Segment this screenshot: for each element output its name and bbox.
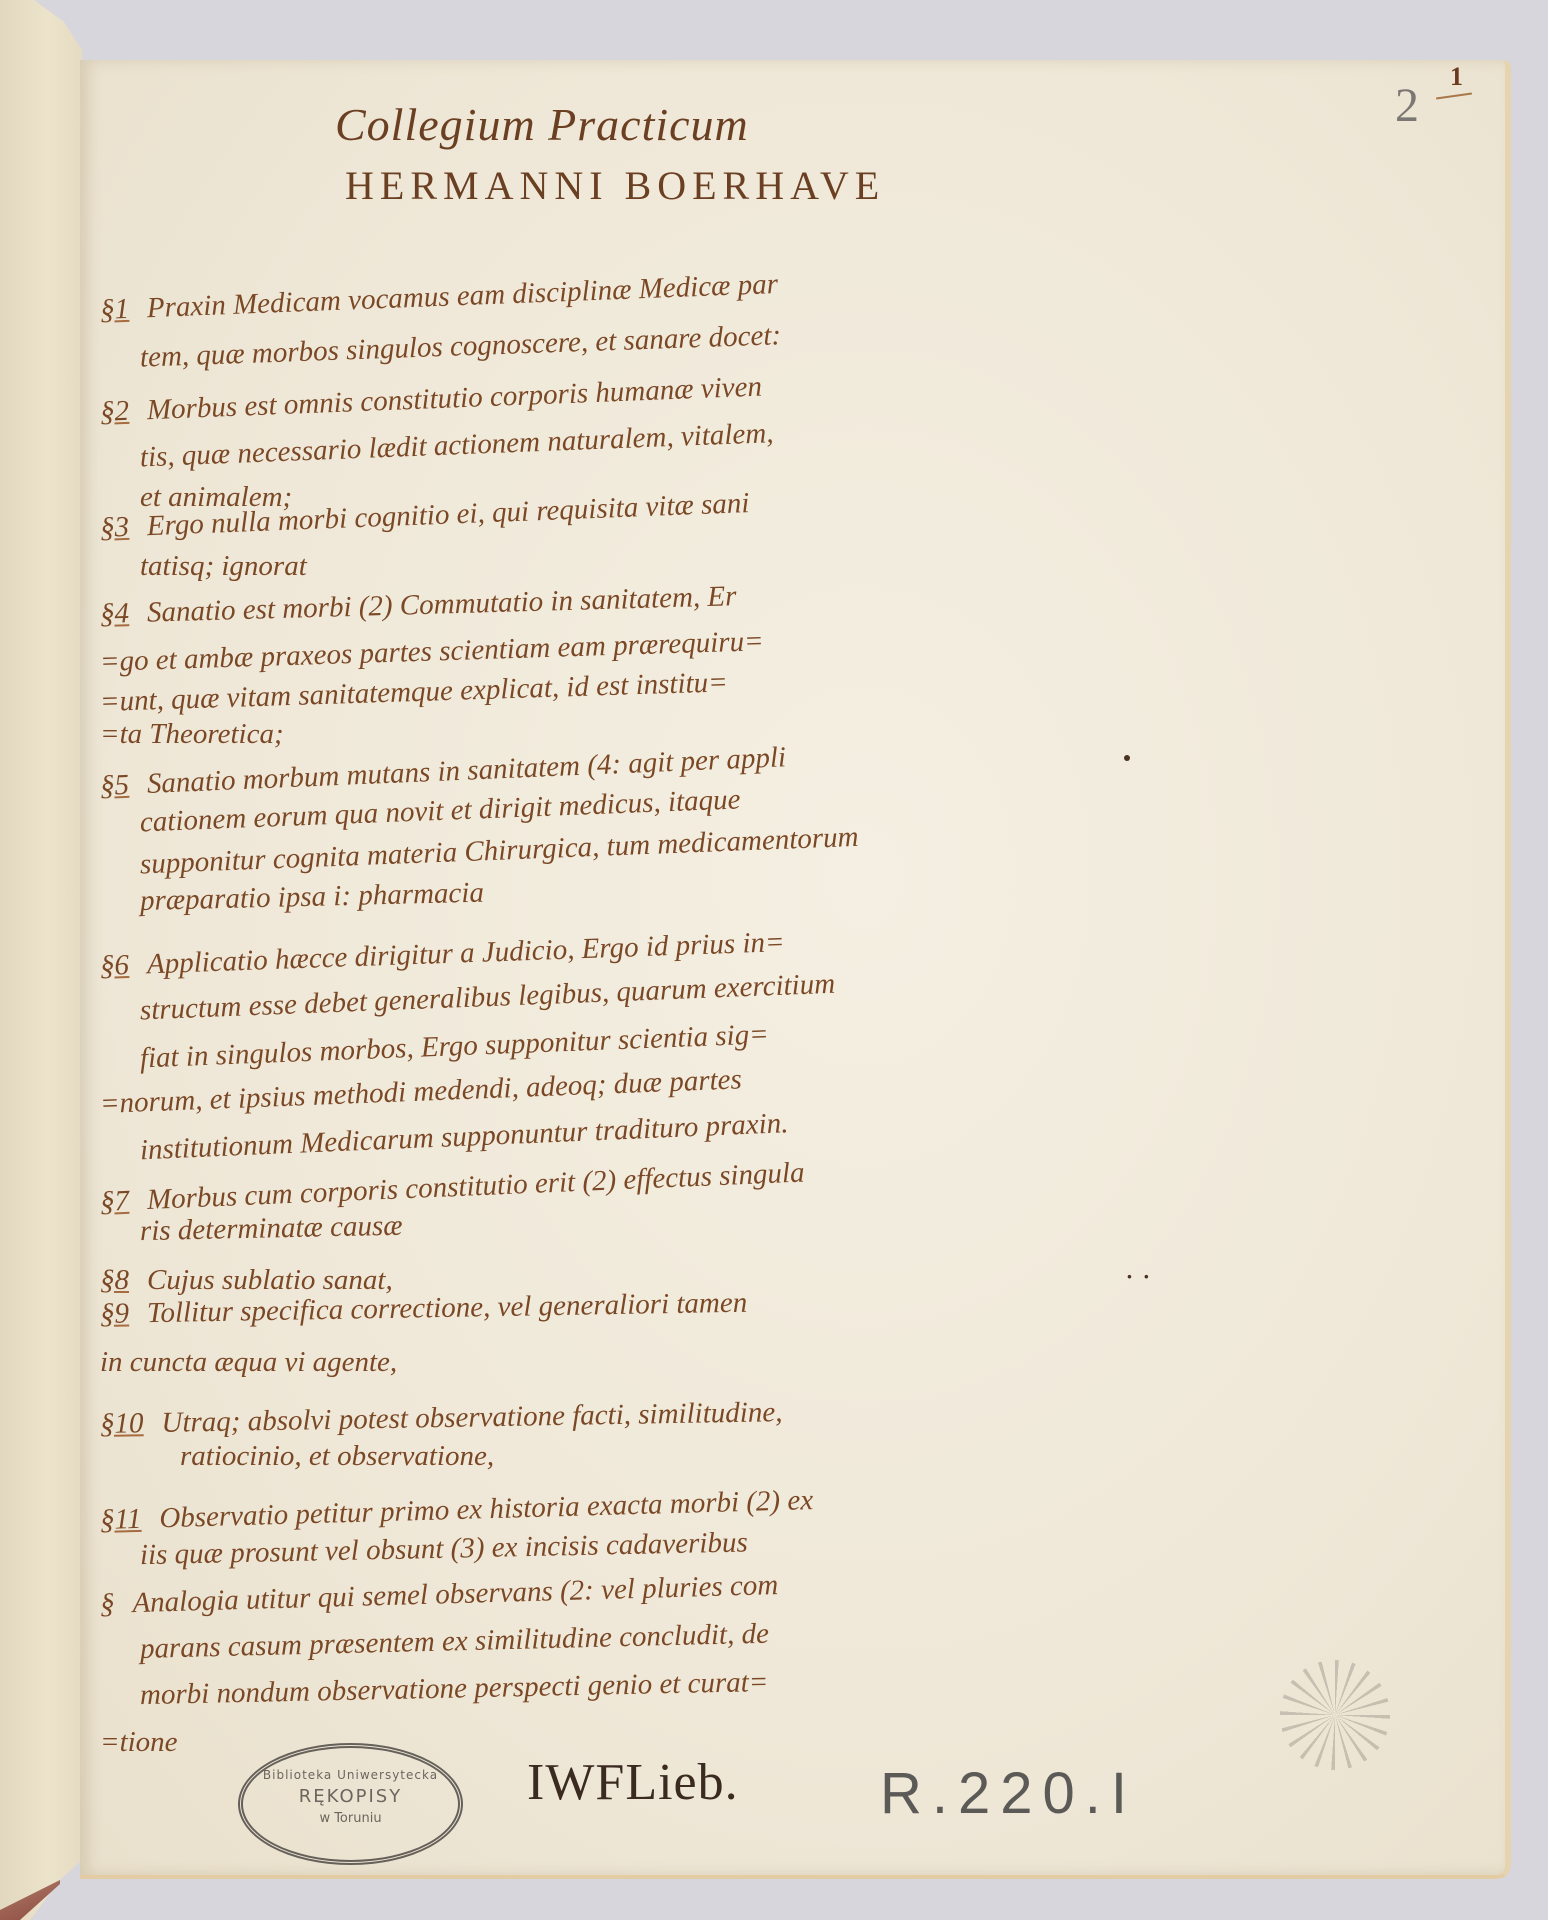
- text-line: tatisq; ignorat: [140, 550, 307, 582]
- ink-dot: [1124, 755, 1130, 761]
- paragraph-number: §7: [99, 1187, 129, 1217]
- paragraph-3-line-2: tatisq; ignorat: [100, 552, 307, 581]
- paragraph-9-line-2: in cuncta æqua vi agente,: [100, 1348, 397, 1377]
- text-line: =ta Theoretica;: [100, 718, 284, 750]
- margin-mark: §: [100, 1590, 115, 1619]
- text-line: Cujus sublatio sanat,: [147, 1264, 393, 1296]
- paragraph-number: §4: [100, 599, 130, 629]
- stamp-line-1: Biblioteka Uniwersytecka: [243, 1768, 458, 1782]
- paragraph-10-line-2: ratiocinio, et observatione,: [100, 1442, 494, 1471]
- folio-ink-number: 1: [1450, 62, 1463, 92]
- paragraph-number: §5: [99, 771, 129, 801]
- title-line-2: HERMANNI BOERHAVE: [345, 162, 885, 209]
- paragraph-7-line-2: ris determinatæ causæ: [100, 1212, 403, 1247]
- paragraph-number: §1: [99, 295, 129, 325]
- folio-pencil-number: 2: [1395, 78, 1419, 133]
- text-line: =tione: [100, 1726, 178, 1758]
- paragraph-8-line-1: §8Cujus sublatio sanat,: [100, 1266, 393, 1295]
- margin-dots: ..: [1125, 1252, 1159, 1285]
- paragraph-number: §10: [100, 1409, 144, 1439]
- shelfmark: R.220.I: [880, 1760, 1137, 1827]
- paragraph-number: §11: [100, 1505, 142, 1535]
- paragraph-number: §3: [99, 513, 129, 543]
- round-stamp-icon: [1280, 1660, 1390, 1770]
- title-line-1: Collegium Practicum: [335, 98, 749, 151]
- paragraph-number: §6: [99, 951, 129, 981]
- paragraph-number: §2: [99, 397, 129, 427]
- previous-leaf: [0, 0, 82, 1920]
- stamp-line-2: RĘKOPISY: [243, 1786, 458, 1807]
- library-stamp: Biblioteka Uniwersytecka RĘKOPISY w Toru…: [238, 1743, 463, 1865]
- paragraph-4-line-4: =ta Theoretica;: [100, 720, 284, 749]
- paragraph-11-line-6: =tione: [100, 1728, 178, 1757]
- provenance-label: IWFLieb.: [527, 1753, 739, 1812]
- paragraph-number: §9: [100, 1299, 130, 1329]
- text-line: in cuncta æqua vi agente,: [100, 1346, 397, 1378]
- text-line: ratiocinio, et observatione,: [180, 1440, 494, 1472]
- stamp-line-3: w Toruniu: [243, 1811, 458, 1826]
- paragraph-number: §8: [100, 1266, 129, 1295]
- text-line: ris determinatæ causæ: [140, 1210, 403, 1247]
